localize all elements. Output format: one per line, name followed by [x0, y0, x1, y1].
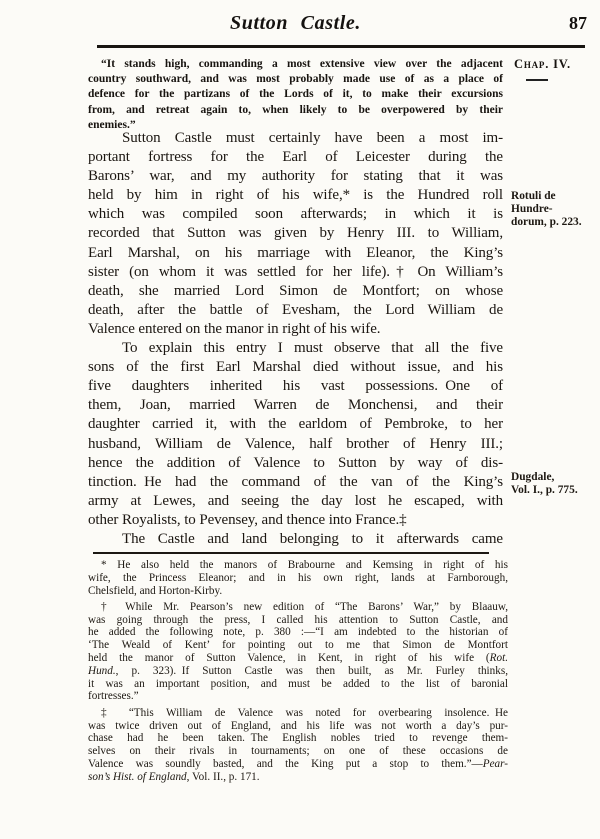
text-line: To explain this entry I must observe tha…: [88, 339, 503, 358]
text-line: * He also held the manors of Brabourne a…: [88, 559, 508, 572]
margin-note-rotuli: Rotuli deHundre-dorum, p. 223.: [511, 190, 597, 229]
text-line: husband, William de Valence, half brothe…: [88, 435, 503, 454]
text-line: sister (on whom it was settled for her l…: [88, 263, 503, 282]
text-line: army at Lewes, and seeing the day lost h…: [88, 492, 503, 511]
text-line: Earl Marshal, on his marriage with Elean…: [88, 244, 503, 263]
text-line: wife, the Princess Eleanor; and in his o…: [88, 572, 508, 585]
text-line: held the manor of Sutton Valence, in Ken…: [88, 652, 508, 665]
opening-quote: “It stands high, commanding a most exten…: [88, 57, 503, 133]
text-line: sons of the first Earl Marshal died with…: [88, 358, 503, 377]
text-line: five daughters inherited his vast posses…: [88, 377, 503, 396]
footnote-asterisk: * He also held the manors of Brabourne a…: [88, 559, 508, 597]
text-line: recorded that Sutton was given by Henry …: [88, 224, 503, 243]
chapter-label: Chap. IV.: [514, 57, 571, 71]
text-line: ‡ “This William de Valence was noted for…: [88, 707, 508, 720]
main-text: Sutton Castle must certainly have been a…: [88, 129, 503, 549]
text-line: ‘The Weald of Kent’ for pointing out to …: [88, 639, 508, 652]
text-line: daughter carried it, with the earldom of…: [88, 415, 503, 434]
text-line: he added the following note, p. 380 :—“I…: [88, 626, 508, 639]
text-line: Valence entered on the manor in right of…: [88, 320, 503, 339]
text-line: other Royalists, to Pevensey, and thence…: [88, 511, 503, 530]
text-line: death, after the battle of Evesham, the …: [88, 301, 503, 320]
margin-note-dugdale: Dugdale,Vol. I., p. 775.: [511, 471, 597, 497]
text-line: was going through the press, I called hi…: [88, 614, 508, 627]
footnotes: * He also held the manors of Brabourne a…: [88, 559, 508, 784]
text-line: Chelsfield, and Horton-Kirby.: [88, 585, 508, 598]
page-number: 87: [569, 13, 587, 34]
text-line: from, and retreat again to, when likely …: [88, 103, 503, 118]
text-line: country southward, and was most probably…: [88, 72, 503, 87]
text-line: death, she married Lord Simon de Montfor…: [88, 282, 503, 301]
footnote-double-dagger: ‡ “This William de Valence was noted for…: [88, 707, 508, 784]
text-line: Rotuli de: [511, 190, 597, 203]
text-line: portant fortress for the Earl of Leicest…: [88, 148, 503, 167]
paragraph-1: Sutton Castle must certainly have been a…: [88, 129, 503, 339]
chapter-margin-note: Chap. IV.: [514, 57, 584, 81]
page-title: Sutton Castle.: [88, 12, 503, 35]
text-line: held by him in right of his wife,* is th…: [88, 186, 503, 205]
text-line: defence for the partizans of the Lords o…: [88, 87, 503, 102]
text-line: tinction. He had the command of the van …: [88, 473, 503, 492]
text-line: them, Joan, married Warren de Monchensi,…: [88, 396, 503, 415]
text-line: † While Mr. Pearson’s new edition of “Th…: [88, 601, 508, 614]
text-line: was twice driven out of England, and his…: [88, 720, 508, 733]
paragraph-2: To explain this entry I must observe tha…: [88, 339, 503, 530]
text-line: Vol. I., p. 775.: [511, 484, 597, 497]
text-line: Dugdale,: [511, 471, 597, 484]
paragraph-3: The Castle and land belonging to it afte…: [88, 530, 503, 549]
text-line: son’s Hist. of England, Vol. II., p. 171…: [88, 771, 508, 784]
text-line: hence the addition of Valence to Sutton …: [88, 454, 503, 473]
footnote-dagger: † While Mr. Pearson’s new edition of “Th…: [88, 601, 508, 703]
chapter-dash: [526, 79, 548, 81]
text-line: it was an important position, and must b…: [88, 678, 508, 691]
footnote-separator: [93, 552, 489, 554]
text-line: “It stands high, commanding a most exten…: [88, 57, 503, 72]
text-line: which was compiled soon afterwards; in w…: [88, 205, 503, 224]
text-line: The Castle and land belonging to it afte…: [88, 530, 503, 549]
text-line: Sutton Castle must certainly have been a…: [88, 129, 503, 148]
text-line: Barons’ war, and my authority for statin…: [88, 167, 503, 186]
text-line: fortresses.”: [88, 690, 508, 703]
text-line: Hund., p. 323). If Sutton Castle was the…: [88, 665, 508, 678]
text-line: Hundre-: [511, 203, 597, 216]
text-line: chase had he been taken. The English nob…: [88, 732, 508, 745]
text-line: dorum, p. 223.: [511, 216, 597, 229]
text-line: Valence was soundly basted, and the King…: [88, 758, 508, 771]
header-rule: [97, 45, 585, 48]
book-page: Sutton Castle. 87 “It stands high, comma…: [0, 0, 600, 839]
text-line: selves on their rivals in tournaments; o…: [88, 745, 508, 758]
